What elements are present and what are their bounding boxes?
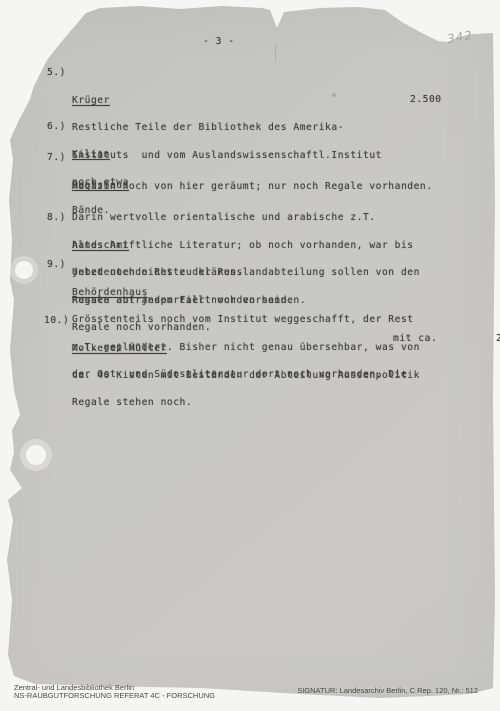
scanned-document-page: - 3 - 342 5.) Krüger Restliche Teile der… bbox=[0, 0, 500, 711]
item-heading: Bootshaus bbox=[72, 181, 129, 190]
archive-department: NS-RAUBGUTFORSCHUNG REFERAT 4C - FORSCHU… bbox=[14, 691, 215, 700]
suffix-mit-ca: mit ca. bbox=[393, 334, 437, 343]
archive-footer-left: Zentral- und Landesbibliothek Berlin NS-… bbox=[14, 684, 215, 700]
item-line: ca. 40 Kisten mit Beständen der Abteilun… bbox=[72, 371, 420, 380]
punch-hole-bottom bbox=[26, 445, 46, 465]
item-number: 5.) bbox=[47, 68, 66, 77]
volume-count-item-5: 2.500 bbox=[410, 95, 442, 104]
punch-hole-top bbox=[15, 261, 33, 279]
page-number: - 3 - bbox=[203, 37, 235, 46]
item-heading: Altes Amt bbox=[72, 241, 129, 250]
item-heading: Molkerei Müller bbox=[72, 344, 167, 353]
item-heading: Krüger bbox=[72, 96, 110, 105]
item-number: 10.) bbox=[44, 316, 69, 325]
item-heading: Behördenhaus bbox=[72, 288, 148, 297]
list-item-10: 10.) Molkerei Müller ca. 40 Kisten mit B… bbox=[72, 316, 420, 399]
item-number: 8.) bbox=[47, 213, 66, 222]
item-line: Regale stehen noch. bbox=[72, 398, 420, 407]
item-number: 6.) bbox=[47, 122, 66, 131]
item-number: 9.) bbox=[47, 260, 66, 269]
archive-signature: SIGNATUR: Landesarchiv Berlin, C Rep. 12… bbox=[297, 686, 478, 695]
volume-count-item-10: 2.000. bbox=[496, 334, 500, 343]
item-number: 7.) bbox=[47, 153, 66, 162]
fold-mark bbox=[275, 44, 276, 62]
